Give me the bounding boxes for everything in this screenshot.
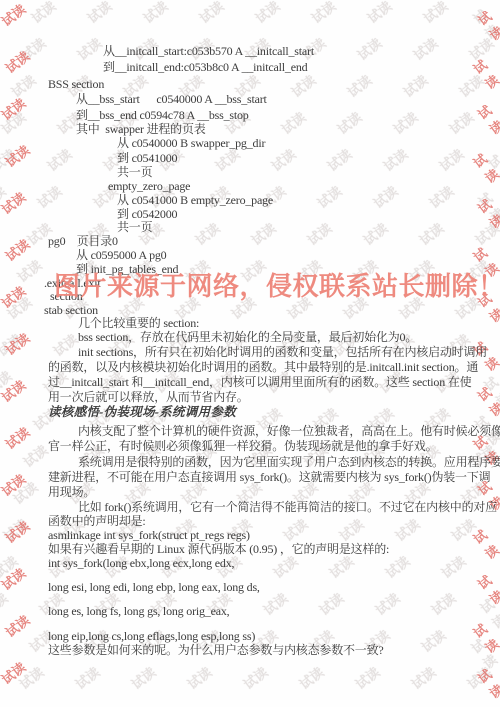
trial-watermark: 试读 bbox=[476, 594, 500, 633]
trial-watermark: 试读 bbox=[419, 0, 451, 27]
trial-watermark: 试读 bbox=[73, 33, 105, 64]
trial-watermark: 试读 bbox=[313, 181, 345, 212]
trial-watermark-right-edge: 试读 bbox=[473, 98, 500, 138]
trial-watermark-right-edge: 试读 bbox=[473, 380, 500, 420]
trial-watermark: 试读 bbox=[395, 292, 427, 323]
doc-line: .exitcall.exit bbox=[44, 276, 101, 290]
doc-line: 用一次后就可以释放，从而节省内存。 bbox=[48, 390, 249, 404]
trial-watermark: 试读 bbox=[474, 186, 500, 226]
doc-line: long esi, long edi, long ebp, long eax, … bbox=[48, 580, 260, 594]
trial-watermark: 试读 bbox=[293, 255, 325, 286]
trial-watermark: 试读 bbox=[343, 70, 375, 101]
trial-watermark: 试读 bbox=[463, 662, 495, 693]
trial-watermark-left-edge: 试读 bbox=[1, 234, 33, 265]
trial-watermark: 试读 bbox=[3, 292, 35, 323]
trial-watermark: 试读 bbox=[0, 329, 25, 360]
trial-watermark: 试读 bbox=[0, 514, 31, 545]
trial-watermark: 试读 bbox=[279, 514, 311, 545]
trial-watermark: 试读 bbox=[323, 144, 355, 175]
section-heading: 读核感悟-伪装现场-系统调用参数 bbox=[48, 405, 236, 419]
trial-watermark-left-edge: 试读 bbox=[0, 281, 29, 312]
trial-watermark: 试读 bbox=[359, 218, 391, 249]
trial-watermark: 试读 bbox=[191, 218, 223, 249]
trial-watermark: 试读 bbox=[267, 144, 299, 175]
doc-line: stab section bbox=[44, 303, 98, 317]
doc-line: 到 c0541000 bbox=[117, 151, 177, 165]
trial-watermark: 试读 bbox=[363, 0, 395, 27]
trial-watermark: 试读 bbox=[465, 33, 497, 64]
trial-watermark: 试读 bbox=[349, 255, 381, 286]
trial-watermark: 试读 bbox=[277, 107, 309, 138]
doc-line: 比如 fork()系统调用，它有一个简洁得不能再简洁的接口。不过它在内核中的对应 bbox=[78, 500, 497, 514]
trial-watermark: 试读 bbox=[237, 255, 269, 286]
trial-watermark: 试读 bbox=[0, 551, 21, 582]
doc-line: bss section，存放在代码里未初始化的全局变量，最后初始化为0。 bbox=[78, 330, 417, 344]
trial-watermark: 试读 bbox=[251, 0, 283, 27]
trial-watermark-right-edge: 试读 bbox=[473, 192, 500, 232]
trial-watermark-right-edge: 试读 bbox=[473, 568, 500, 608]
trial-watermark: 试读 bbox=[181, 255, 213, 286]
trial-watermark: 试读 bbox=[391, 514, 423, 545]
trial-watermark: 试读 bbox=[469, 0, 500, 43]
trial-watermark: 试读 bbox=[451, 292, 483, 323]
trial-watermark: 试读 bbox=[183, 662, 215, 693]
trial-watermark: 试读 bbox=[0, 181, 9, 212]
trial-watermark: 试读 bbox=[49, 329, 81, 360]
doc-line: empty_zero_page bbox=[108, 179, 190, 193]
trial-watermark: 试读 bbox=[333, 107, 365, 138]
doc-line: 到__bss_end c0594c78 A __bss_stop bbox=[76, 108, 249, 122]
trial-watermark: 试读 bbox=[287, 70, 319, 101]
trial-watermark: 试读 bbox=[445, 107, 477, 138]
trial-watermark: 试读 bbox=[139, 0, 171, 27]
trial-watermark: 试读 bbox=[379, 144, 411, 175]
trial-watermark-right-edge: 试读 bbox=[469, 519, 500, 562]
trial-watermark-left-edge: 试读 bbox=[0, 563, 29, 594]
trial-watermark-right-edge: 试读 bbox=[473, 4, 500, 44]
trial-watermark: 试读 bbox=[283, 292, 315, 323]
trial-watermark-left-edge: 试读 bbox=[0, 0, 29, 30]
trial-watermark: 试读 bbox=[427, 588, 459, 619]
trial-watermark: 试读 bbox=[315, 588, 347, 619]
trial-watermark: 试读 bbox=[13, 255, 45, 286]
trial-watermark: 试读 bbox=[484, 150, 500, 188]
trial-watermark: 试读 bbox=[295, 662, 327, 693]
trial-watermark: 试读 bbox=[471, 218, 500, 249]
doc-line: 的函数，以及内核模块初始化时调用的函数。其中最特别的是.initcall.ini… bbox=[48, 360, 478, 374]
doc-line: 这些参数是如何来的呢。为什么用户态参数与内核态参数不一致? bbox=[48, 643, 384, 657]
trial-watermark: 试读 bbox=[9, 477, 41, 508]
trial-watermark-right-edge: 试读 bbox=[473, 662, 500, 702]
doc-line: 从 c0595000 A pg0 bbox=[76, 248, 166, 262]
trial-watermark-left-edge: 试读 bbox=[0, 375, 29, 406]
trial-watermark: 试读 bbox=[339, 292, 371, 323]
trial-watermark: 试读 bbox=[247, 218, 279, 249]
trial-watermark: 试读 bbox=[303, 218, 335, 249]
trial-watermark: 试读 bbox=[467, 628, 500, 673]
trial-watermark: 试读 bbox=[447, 514, 479, 545]
trial-watermark: 试读 bbox=[19, 440, 51, 471]
trial-watermark: 试读 bbox=[415, 218, 447, 249]
doc-line: 过__initcall_start 和__initcall_end，内核可以调用… bbox=[48, 375, 471, 389]
trial-watermark: 试读 bbox=[0, 107, 29, 138]
doc-line: 从 c0540000 B swapper_pg_dir bbox=[117, 136, 265, 150]
trial-watermark-left-edge: 试读 bbox=[0, 469, 29, 500]
trial-watermark: 试读 bbox=[371, 588, 403, 619]
trial-watermark-left-edge: 试读 bbox=[1, 140, 33, 171]
doc-line: section bbox=[50, 289, 83, 303]
trial-watermark: 试读 bbox=[455, 70, 487, 101]
trial-watermark: 试读 bbox=[409, 33, 441, 64]
trial-watermark: 试读 bbox=[195, 0, 227, 27]
doc-line: 几个比较重要的 section: bbox=[78, 316, 199, 330]
doc-line: 函数中的声明却是: bbox=[48, 514, 146, 528]
trial-watermark: 试读 bbox=[425, 181, 457, 212]
trial-watermark: 试读 bbox=[407, 662, 439, 693]
doc-line: 系统调用是很特别的函数，因为它里面实现了用户态到内核态的转换。应用程序要创 bbox=[78, 455, 500, 469]
trial-watermark-left-edge: 试读 bbox=[1, 610, 33, 641]
trial-watermark-left-edge: 试读 bbox=[1, 46, 33, 77]
doc-line: 用现场。 bbox=[48, 485, 95, 499]
trial-watermark-left-edge: 试读 bbox=[0, 93, 29, 124]
doc-line: 从__initcall_start:c053b570 A __initcall_… bbox=[103, 44, 314, 58]
trial-watermark: 试读 bbox=[351, 662, 383, 693]
trial-watermark-right-edge: 试读 bbox=[469, 237, 500, 280]
trial-watermark-right-edge: 试读 bbox=[469, 49, 500, 92]
trial-watermark: 试读 bbox=[0, 144, 19, 175]
trial-watermark: 试读 bbox=[0, 588, 11, 619]
doc-line: 共一页 bbox=[117, 165, 152, 179]
trial-watermark: 试读 bbox=[83, 0, 115, 27]
trial-watermark-right-edge: 试读 bbox=[469, 613, 500, 656]
trial-watermark-left-edge: 试读 bbox=[1, 422, 33, 453]
trial-watermark-left-edge: 试读 bbox=[0, 657, 29, 688]
trial-watermark: 试读 bbox=[437, 551, 469, 582]
trial-watermark: 试读 bbox=[227, 292, 259, 323]
trial-watermark: 试读 bbox=[389, 107, 421, 138]
trial-watermark-right-edge: 试读 bbox=[473, 286, 500, 326]
trial-watermark: 试读 bbox=[480, 372, 500, 410]
trial-watermark: 试读 bbox=[369, 181, 401, 212]
trial-watermark: 试读 bbox=[43, 144, 75, 175]
trial-watermark: 试读 bbox=[405, 255, 437, 286]
doc-line: BSS section bbox=[48, 77, 104, 91]
trial-watermark: 试读 bbox=[461, 255, 493, 286]
trial-watermark: 试读 bbox=[417, 625, 449, 656]
trial-watermark: 试读 bbox=[259, 588, 291, 619]
trial-watermark: 试读 bbox=[127, 662, 159, 693]
doc-line: 从 c0541000 B empty_zero_page bbox=[117, 193, 273, 207]
trial-watermark: 试读 bbox=[307, 0, 339, 27]
trial-watermark: 试读 bbox=[239, 662, 271, 693]
trial-watermark-left-edge: 试读 bbox=[1, 328, 33, 359]
doc-line: int sys_fork(long ebx,long ecx,long edx, bbox=[48, 556, 234, 570]
doc-line: 从__bss_start c0540000 A __bss_start bbox=[76, 92, 267, 106]
doc-line: 建新进程，不可能在用户态直接调用 sys_fork()。这就需要内核为 sys_… bbox=[48, 470, 490, 484]
trial-watermark: 试读 bbox=[435, 144, 467, 175]
doc-line: init sections，所有只在初始化时调用的函数和变量，包括所有在内核启动… bbox=[78, 345, 487, 359]
trial-watermark: 试读 bbox=[33, 181, 65, 212]
doc-line: 官一样公正，有时候则必须像狐狸一样狡猾。伪装现场就是他的拿手好戏。 bbox=[48, 439, 437, 453]
trial-watermark: 试读 bbox=[27, 0, 59, 27]
trial-watermark: 试读 bbox=[71, 662, 103, 693]
doc-line: 内核支配了整个计算机的硬件资源，好像一位独裁者，高高在上。他有时候必须像法 bbox=[78, 424, 500, 438]
trial-watermark: 试读 bbox=[353, 33, 385, 64]
doc-line: 到__initcall_end:c053b8c0 A __initcall_en… bbox=[103, 60, 307, 74]
trial-watermark: 试读 bbox=[15, 662, 47, 693]
trial-watermark: 试读 bbox=[17, 33, 49, 64]
trial-watermark-left-edge: 试读 bbox=[1, 516, 33, 547]
doc-line: asmlinkage int sys_fork(struct pt_regs r… bbox=[48, 528, 250, 542]
doc-line: 如果有兴趣看早期的 Linux 源代码版本 (0.95) ，它的声明是这样的: bbox=[48, 542, 389, 556]
trial-watermark: 试读 bbox=[399, 70, 431, 101]
doc-line: long es, long fs, long gs, long orig_eax… bbox=[48, 604, 229, 618]
doc-line: 到 init_pg_tables_end bbox=[76, 262, 178, 276]
trial-watermark: 试读 bbox=[335, 514, 367, 545]
doc-line: 其中 swapper 进程的页表 bbox=[76, 122, 206, 136]
doc-line: pg0 页目录0 bbox=[48, 234, 118, 248]
trial-watermark-right-edge: 试读 bbox=[469, 143, 500, 186]
trial-watermark: 试读 bbox=[0, 366, 15, 397]
document-page: 试读试读试读试读试读试读试读试读试读试读试读试读试读试读试读试读试读试读试读试读… bbox=[0, 0, 500, 707]
doc-line: 到 c0542000 bbox=[117, 207, 177, 221]
trial-watermark: 试读 bbox=[7, 70, 39, 101]
trial-watermark-left-edge: 试读 bbox=[0, 187, 29, 218]
doc-line: long eip,long cs,long eflags,long esp,lo… bbox=[48, 629, 255, 643]
doc-line: 共一页 bbox=[117, 220, 152, 234]
